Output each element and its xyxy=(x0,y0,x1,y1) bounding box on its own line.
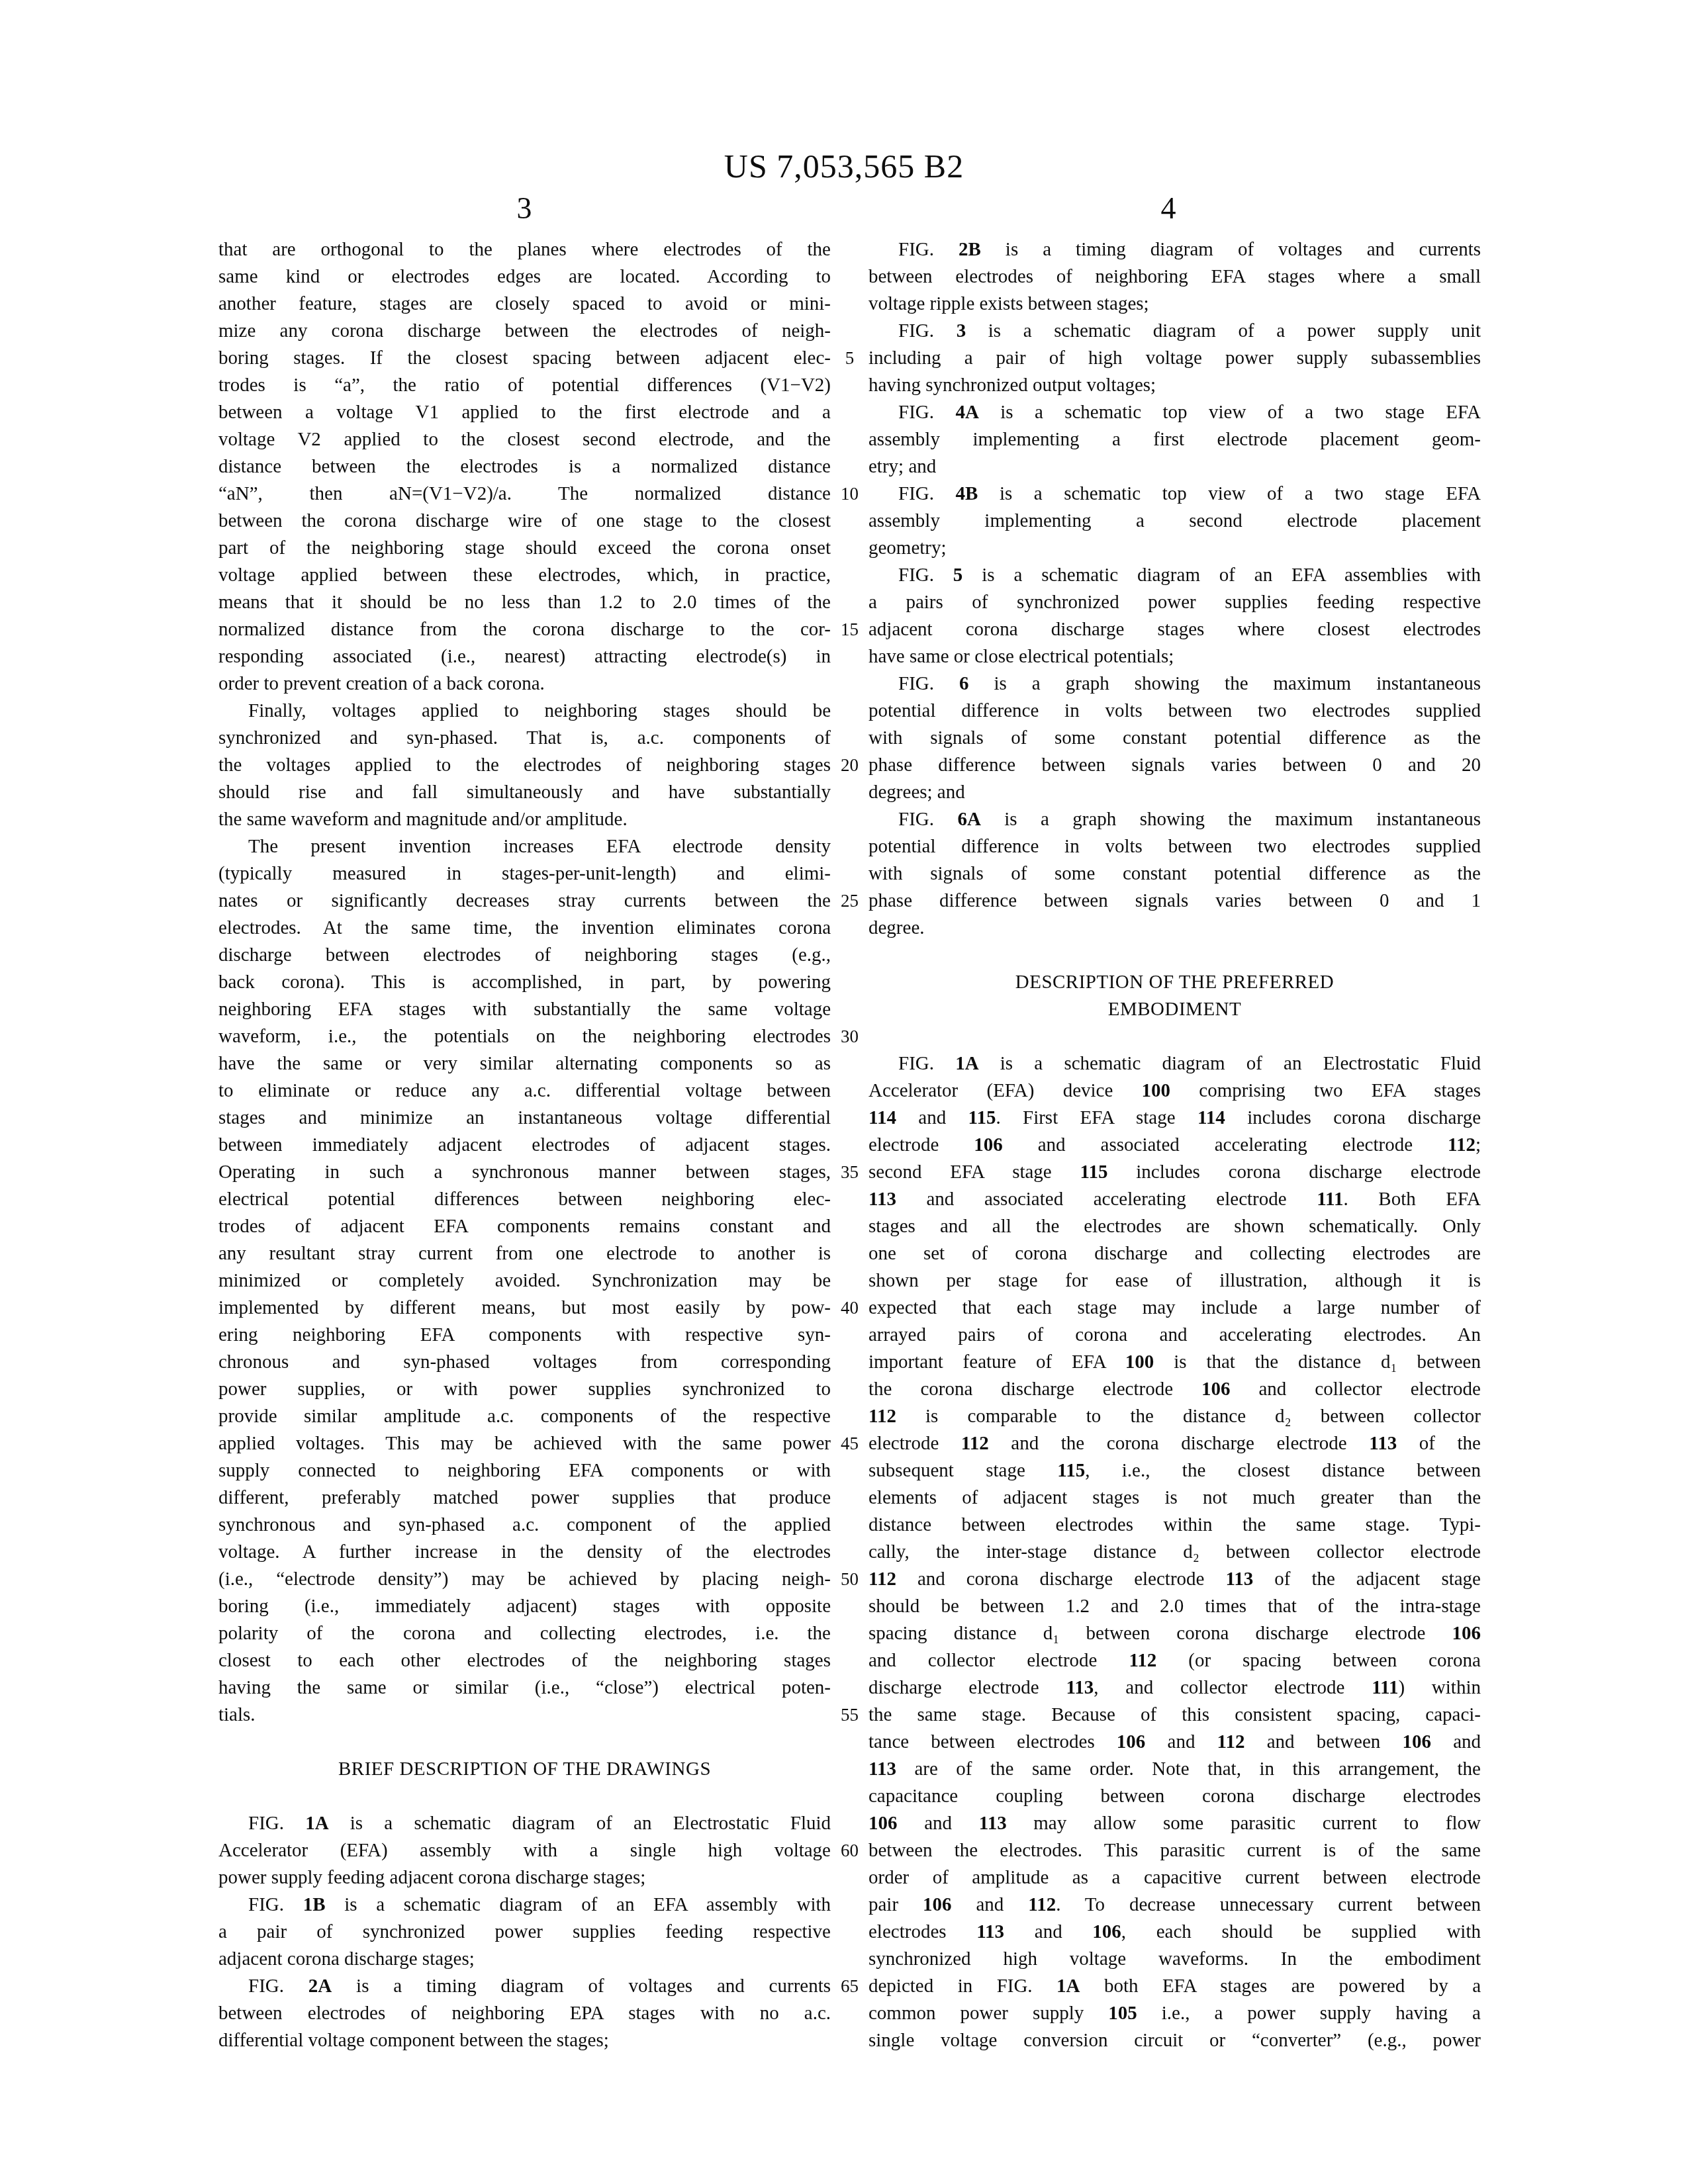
blank-line xyxy=(868,1023,1481,1050)
text-line: 113 and associated accelerating electrod… xyxy=(868,1186,1481,1213)
text-line: with signals of some constant potential … xyxy=(868,860,1481,887)
column-number-right: 4 xyxy=(1102,191,1235,226)
text-line: Accelerator (EFA) device 100 comprising … xyxy=(868,1077,1481,1105)
text-line: FIG. 3 is a schematic diagram of a power… xyxy=(868,318,1481,345)
text-line: applied voltages. This may be achieved w… xyxy=(218,1430,831,1457)
text-line: waveform, i.e., the potentials on the ne… xyxy=(218,1023,831,1050)
text-line: degrees; and xyxy=(868,779,1481,806)
text-line: assembly implementing a first electrode … xyxy=(868,426,1481,453)
text-line: a pairs of synchronized power supplies f… xyxy=(868,589,1481,616)
text-line: have same or close electrical potentials… xyxy=(868,643,1481,670)
text-line: adjacent corona discharge stages where c… xyxy=(868,616,1481,643)
text-line: discharge between electrodes of neighbor… xyxy=(218,942,831,969)
text-line: that are orthogonal to the planes where … xyxy=(218,236,831,263)
line-number-gutter: 5101520253035404550556065 xyxy=(831,236,868,2054)
text-line: degree. xyxy=(868,915,1481,942)
text-line: FIG. 6 is a graph showing the maximum in… xyxy=(868,670,1481,698)
text-line: supply connected to neighboring EFA comp… xyxy=(218,1457,831,1484)
text-line: distance between electrodes within the s… xyxy=(868,1512,1481,1539)
line-number: 30 xyxy=(831,1023,868,1050)
patent-page: US 7,053,565 B2 3 4 that are orthogonal … xyxy=(0,0,1688,2184)
text-line: common power supply 105 i.e., a power su… xyxy=(868,2000,1481,2027)
text-line: Operating in such a synchronous manner b… xyxy=(218,1159,831,1186)
line-number: 65 xyxy=(831,1973,868,2000)
text-line: distance between the electrodes is a nor… xyxy=(218,453,831,480)
text-line: electrodes. At the same time, the invent… xyxy=(218,915,831,942)
text-line: synchronous and syn-phased a.c. componen… xyxy=(218,1512,831,1539)
text-line: between electrodes of neighboring EFA st… xyxy=(868,263,1481,291)
text-line: cally, the inter-stage distance d₂ betwe… xyxy=(868,1539,1481,1566)
text-line: trodes of adjacent EFA components remain… xyxy=(218,1213,831,1240)
text-line: implemented by different means, but most… xyxy=(218,1295,831,1322)
text-line: arrayed pairs of corona and accelerating… xyxy=(868,1322,1481,1349)
text-line: synchronized high voltage waveforms. In … xyxy=(868,1946,1481,1973)
text-line: between a voltage V1 applied to the firs… xyxy=(218,399,831,426)
text-line: trodes is “a”, the ratio of potential di… xyxy=(218,372,831,399)
text-line: different, preferably matched power supp… xyxy=(218,1484,831,1512)
text-line: electrode 112 and the corona discharge e… xyxy=(868,1430,1481,1457)
text-line: and collector electrode 112 (or spacing … xyxy=(868,1647,1481,1674)
text-line: between electrodes of neighboring EPA st… xyxy=(218,2000,831,2027)
line-number: 25 xyxy=(831,887,868,915)
column-right: FIG. 2B is a timing diagram of voltages … xyxy=(868,236,1481,2054)
text-line: adjacent corona discharge stages; xyxy=(218,1946,831,1973)
section-heading: EMBODIMENT xyxy=(868,996,1481,1023)
text-line: FIG. 6A is a graph showing the maximum i… xyxy=(868,806,1481,833)
text-line: voltage ripple exists between stages; xyxy=(868,291,1481,318)
text-line: have the same or very similar alternatin… xyxy=(218,1050,831,1077)
patent-number-header: US 7,053,565 B2 xyxy=(0,147,1688,185)
line-number: 10 xyxy=(831,480,868,508)
text-line: FIG. 1A is a schematic diagram of an Ele… xyxy=(218,1810,831,1837)
text-line: FIG. 1A is a schematic diagram of an Ele… xyxy=(868,1050,1481,1077)
text-line: same kind or electrodes edges are locate… xyxy=(218,263,831,291)
text-line: mize any corona discharge between the el… xyxy=(218,318,831,345)
text-line: voltage applied between these electrodes… xyxy=(218,562,831,589)
text-line: the same waveform and magnitude and/or a… xyxy=(218,806,831,833)
text-line: the corona discharge electrode 106 and c… xyxy=(868,1376,1481,1403)
text-line: electrical potential differences between… xyxy=(218,1186,831,1213)
line-number: 35 xyxy=(831,1159,868,1186)
text-line: subsequent stage 115, i.e., the closest … xyxy=(868,1457,1481,1484)
text-line: (typically measured in stages-per-unit-l… xyxy=(218,860,831,887)
text-line: the same stage. Because of this consiste… xyxy=(868,1702,1481,1729)
text-line: geometry; xyxy=(868,535,1481,562)
text-line: voltage V2 applied to the closest second… xyxy=(218,426,831,453)
text-line: FIG. 2B is a timing diagram of voltages … xyxy=(868,236,1481,263)
content-columns: that are orthogonal to the planes where … xyxy=(218,236,1481,2054)
text-line: 113 are of the same order. Note that, in… xyxy=(868,1756,1481,1783)
text-line: another feature, stages are closely spac… xyxy=(218,291,831,318)
text-line: potential difference in volts between tw… xyxy=(868,698,1481,725)
text-line: FIG. 4A is a schematic top view of a two… xyxy=(868,399,1481,426)
text-line: power supplies, or with power supplies s… xyxy=(218,1376,831,1403)
text-line: closest to each other electrodes of the … xyxy=(218,1647,831,1674)
text-line: discharge electrode 113, and collector e… xyxy=(868,1674,1481,1702)
text-line: having synchronized output voltages; xyxy=(868,372,1481,399)
text-line: important feature of EFA 100 is that the… xyxy=(868,1349,1481,1376)
text-line: provide similar amplitude a.c. component… xyxy=(218,1403,831,1430)
text-line: the voltages applied to the electrodes o… xyxy=(218,752,831,779)
text-line: “aN”, then aN=(V1−V2)/a. The normalized … xyxy=(218,480,831,508)
text-line: capacitance coupling between corona disc… xyxy=(868,1783,1481,1810)
blank-line xyxy=(868,942,1481,969)
text-line: etry; and xyxy=(868,453,1481,480)
line-number: 50 xyxy=(831,1566,868,1593)
text-line: phase difference between signals varies … xyxy=(868,752,1481,779)
text-line: synchronized and syn-phased. That is, a.… xyxy=(218,725,831,752)
text-line: including a pair of high voltage power s… xyxy=(868,345,1481,372)
text-line: tials. xyxy=(218,1702,831,1729)
text-line: 106 and 113 may allow some parasitic cur… xyxy=(868,1810,1481,1837)
text-line: voltage. A further increase in the densi… xyxy=(218,1539,831,1566)
text-line: assembly implementing a second electrode… xyxy=(868,508,1481,535)
text-line: any resultant stray current from one ele… xyxy=(218,1240,831,1267)
text-line: between the corona discharge wire of one… xyxy=(218,508,831,535)
text-line: FIG. 2A is a timing diagram of voltages … xyxy=(218,1973,831,2000)
blank-line xyxy=(218,1783,831,1810)
text-line: 112 is comparable to the distance d₂ bet… xyxy=(868,1403,1481,1430)
text-line: back corona). This is accomplished, in p… xyxy=(218,969,831,996)
text-line: boring stages. If the closest spacing be… xyxy=(218,345,831,372)
text-line: having the same or similar (i.e., “close… xyxy=(218,1674,831,1702)
text-line: stages and all the electrodes are shown … xyxy=(868,1213,1481,1240)
text-line: stages and minimize an instantaneous vol… xyxy=(218,1105,831,1132)
text-line: electrode 106 and associated acceleratin… xyxy=(868,1132,1481,1159)
text-line: chronous and syn-phased voltages from co… xyxy=(218,1349,831,1376)
text-line: expected that each stage may include a l… xyxy=(868,1295,1481,1322)
text-line: FIG. 5 is a schematic diagram of an EFA … xyxy=(868,562,1481,589)
text-line: a pair of synchronized power supplies fe… xyxy=(218,1919,831,1946)
text-line: should rise and fall simultaneously and … xyxy=(218,779,831,806)
text-line: depicted in FIG. 1A both EFA stages are … xyxy=(868,1973,1481,2000)
text-line: shown per stage for ease of illustration… xyxy=(868,1267,1481,1295)
text-line: 112 and corona discharge electrode 113 o… xyxy=(868,1566,1481,1593)
text-line: tance between electrodes 106 and 112 and… xyxy=(868,1729,1481,1756)
text-line: single voltage conversion circuit or “co… xyxy=(868,2027,1481,2054)
line-number: 45 xyxy=(831,1430,868,1457)
text-line: one set of corona discharge and collecti… xyxy=(868,1240,1481,1267)
text-line: between the electrodes. This parasitic c… xyxy=(868,1837,1481,1864)
text-line: ering neighboring EFA components with re… xyxy=(218,1322,831,1349)
text-line: polarity of the corona and collecting el… xyxy=(218,1620,831,1647)
line-number: 40 xyxy=(831,1295,868,1322)
text-line: normalized distance from the corona disc… xyxy=(218,616,831,643)
text-line: electrodes 113 and 106, each should be s… xyxy=(868,1919,1481,1946)
text-line: potential difference in volts between tw… xyxy=(868,833,1481,860)
text-line: should be between 1.2 and 2.0 times that… xyxy=(868,1593,1481,1620)
text-line: with signals of some constant potential … xyxy=(868,725,1481,752)
text-line: means that it should be no less than 1.2… xyxy=(218,589,831,616)
section-heading: BRIEF DESCRIPTION OF THE DRAWINGS xyxy=(218,1756,831,1783)
text-line: nates or significantly decreases stray c… xyxy=(218,887,831,915)
text-line: The present invention increases EFA elec… xyxy=(218,833,831,860)
blank-line xyxy=(218,1729,831,1756)
line-number: 20 xyxy=(831,752,868,779)
text-line: second EFA stage 115 includes corona dis… xyxy=(868,1159,1481,1186)
text-line: 114 and 115. First EFA stage 114 include… xyxy=(868,1105,1481,1132)
text-line: Accelerator (EFA) assembly with a single… xyxy=(218,1837,831,1864)
text-line: (i.e., “electrode density”) may be achie… xyxy=(218,1566,831,1593)
text-line: FIG. 4B is a schematic top view of a two… xyxy=(868,480,1481,508)
text-line: part of the neighboring stage should exc… xyxy=(218,535,831,562)
text-line: differential voltage component between t… xyxy=(218,2027,831,2054)
section-heading: DESCRIPTION OF THE PREFERRED xyxy=(868,969,1481,996)
text-line: elements of adjacent stages is not much … xyxy=(868,1484,1481,1512)
text-line: Finally, voltages applied to neighboring… xyxy=(218,698,831,725)
line-number: 55 xyxy=(831,1702,868,1729)
text-line: boring (i.e., immediately adjacent) stag… xyxy=(218,1593,831,1620)
line-number: 15 xyxy=(831,616,868,643)
text-line: neighboring EFA stages with substantiall… xyxy=(218,996,831,1023)
text-line: order to prevent creation of a back coro… xyxy=(218,670,831,698)
text-line: spacing distance d₁ between corona disch… xyxy=(868,1620,1481,1647)
line-number: 5 xyxy=(831,345,868,372)
column-left: that are orthogonal to the planes where … xyxy=(218,236,831,2054)
text-line: to eliminate or reduce any a.c. differen… xyxy=(218,1077,831,1105)
text-line: between immediately adjacent electrodes … xyxy=(218,1132,831,1159)
line-number: 60 xyxy=(831,1837,868,1864)
text-line: pair 106 and 112. To decrease unnecessar… xyxy=(868,1891,1481,1919)
text-line: responding associated (i.e., nearest) at… xyxy=(218,643,831,670)
text-line: FIG. 1B is a schematic diagram of an EFA… xyxy=(218,1891,831,1919)
text-line: minimized or completely avoided. Synchro… xyxy=(218,1267,831,1295)
text-line: order of amplitude as a capacitive curre… xyxy=(868,1864,1481,1891)
column-number-left: 3 xyxy=(458,191,590,226)
text-line: power supply feeding adjacent corona dis… xyxy=(218,1864,831,1891)
text-line: phase difference between signals varies … xyxy=(868,887,1481,915)
